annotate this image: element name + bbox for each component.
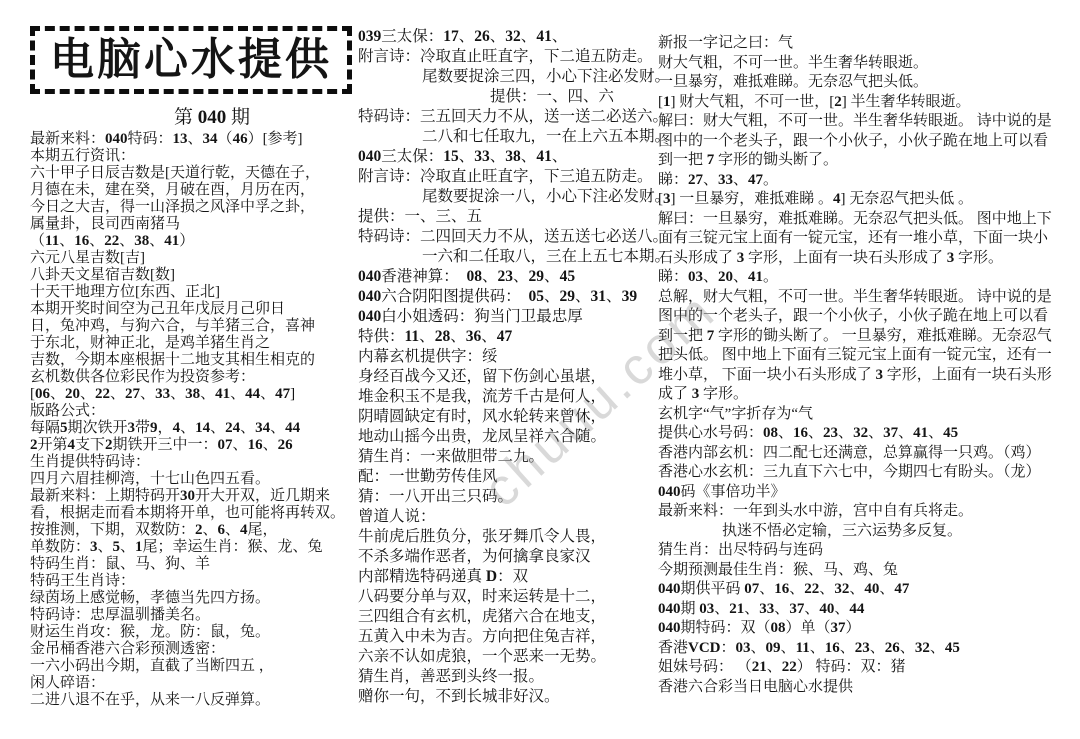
text-line: 财运生肖攻：猴，龙。防：鼠，兔。 (30, 624, 352, 641)
text-line: 040白小姐透码：狗当门卫最忠厚 (358, 307, 658, 327)
text-line: 面有三锭元宝上面有一锭元宝，还有一堆小草，下面一块小 (658, 229, 1080, 249)
text-line: 最新来料：上期特码开30开大开双，近几期来 (30, 488, 352, 505)
text-line: 财大气粗，不可一世。半生奢华转眼逝。 (658, 54, 1080, 74)
text-line: 一六和二任取八，三在上五七本期。 (358, 247, 658, 267)
text-line: 040期供平码 07、16、22、32、40、47 (658, 580, 1080, 600)
text-line: 绿茵场上感觉畅，孝德当先四方扬。 (30, 590, 352, 607)
text-line: 曾道人说： (358, 507, 658, 527)
text-line: 今日之大吉，得一山泽损之风泽中孚之卦， (30, 199, 352, 216)
text-line: 040码《事倍功半》 (658, 483, 1080, 503)
left-column: 电脑心水提供 第 040 期 最新来料：040特码：13、34（46）[参考]本… (30, 26, 352, 709)
text-line: 040三太保：15、33、38、41、 (358, 147, 658, 167)
text-line: 040期特码：双（08）单（37） (658, 619, 1080, 639)
issue-heading: 第 040 期 (72, 102, 352, 129)
text-line: 到一把 7 字形的锄头断了。 (658, 151, 1080, 171)
text-line: 六元八星吉数[吉] (30, 250, 352, 267)
text-line: 总解，财大气粗，不可一世。半生奢华转眼逝。 诗中说的是 (658, 288, 1080, 308)
text-line: 内部精选特码递真 D：双 (358, 567, 658, 587)
text-line: 最新来料：040特码：13、34（46）[参考] (30, 131, 352, 148)
text-line: 图中的一个老头子，跟一个小伙子，小伙子跪在地上可以看 (658, 307, 1080, 327)
text-line: 月德在未，建在癸，月破在酉，月历在丙， (30, 182, 352, 199)
text-line: 解曰：财大气粗，不可一世。半生奢华转眼逝。 诗中说的是 (658, 112, 1080, 132)
text-line: 香港VCD：03、09、11、16、23、26、32、45 (658, 639, 1080, 659)
text-line: 吉数，今期本座根据十二地支其相生相克的 (30, 352, 352, 369)
right-column: 新报一字记之曰：气财大气粗，不可一世。半生奢华转眼逝。一旦暴穷，难抵难睇。无奈忍… (658, 34, 1080, 697)
text-line: 040期 03、21、33、37、40、44 (658, 600, 1080, 620)
text-line: 提供：一、四、六 (358, 87, 658, 107)
text-line: 玄机字“气”字折存为“气 (658, 405, 1080, 425)
text-line: [06、20、22、27、33、38、41、44、47] (30, 386, 352, 403)
text-line: 尾数要捉涂一八，小心下注必发财。 (358, 187, 658, 207)
text-line: （11、16、22、38、41） (30, 233, 352, 250)
text-line: 一旦暴穷，难抵难睇。无奈忍气把头低。 (658, 73, 1080, 93)
text-line: 尾数要捉涂三四，小心下注必发财。 (358, 67, 658, 87)
text-line: 执迷不悟必定输，三六运势多反复。 (658, 522, 1080, 542)
text-line: [1] 财大气粗，不可一世，[2] 半生奢华转眼逝。 (658, 93, 1080, 113)
text-line: 本期五行资讯： (30, 148, 352, 165)
text-line: 图中的一个老头子，跟一个小伙子，小伙子跪在地上可以看 (658, 132, 1080, 152)
text-line: 睇：27、33、47。 (658, 171, 1080, 191)
text-line: 每隔5期次铁开3带9，4、14、24、34、44 (30, 420, 352, 437)
text-line: 地动山摇今出贵，龙凤呈祥六合随。 (358, 427, 658, 447)
text-line: 姐妹号码： （21、22） 特码：双：猪 (658, 658, 1080, 678)
text-line: 特码王生肖诗： (30, 573, 352, 590)
text-line: 于东北，财神正北，是鸡羊猪生肖之 (30, 335, 352, 352)
text-line: 把头低。 图中地上下面有三锭元宝上面有一锭元宝，还有一 (658, 346, 1080, 366)
text-line: 提供心水号码：08、16、23、32、37、41、45 (658, 424, 1080, 444)
text-line: 单数防：3、5、1尾；幸运生肖：猴、龙、兔 (30, 539, 352, 556)
text-line: 特码生肖：鼠、马、狗、羊 (30, 556, 352, 573)
text-line: 内幕玄机提供字：绥 (358, 347, 658, 367)
text-line: 本期开奖时间空为己丑年戊辰月己卯日 (30, 301, 352, 318)
text-line: 成了 3 字形。 (658, 385, 1080, 405)
page-title: 电脑心水提供 (50, 38, 332, 82)
text-line: 金吊桶香港六合彩预测透密： (30, 641, 352, 658)
text-line: 按推测，下期，双数防：2、6、4尾， (30, 522, 352, 539)
text-line: 今期预测最佳生肖：猴、马、鸡、兔 (658, 561, 1080, 581)
text-line: [3] 一旦暴穷，难抵难睇 。4] 无奈忍气把头低 。 (658, 190, 1080, 210)
text-line: 附言诗：冷取直止旺直字，下三追五防走。 (358, 167, 658, 187)
text-line: 香港内部玄机：四二配七还满意，总算赢得一只鸡。（鸡） (658, 444, 1080, 464)
middle-column: 039三太保：17、26、32、41、附言诗：冷取直止旺直字，下二追五防走。尾数… (358, 27, 658, 707)
text-line: 猜生肖，善恶到头终一报。 (358, 667, 658, 687)
text-line: 最新来料：一年到头水中游，宫中自有兵将走。 (658, 502, 1080, 522)
text-line: 2开第4支下2期铁开三中一：07、16、26 (30, 437, 352, 454)
text-line: 睇：03、20、41。 (658, 268, 1080, 288)
text-line: 040六合阴阳图提供码： 05、29、31、39 (358, 287, 658, 307)
text-line: 香港心水玄机：三九直下六七中，今期四七有盼头。（龙） (658, 463, 1080, 483)
text-line: 特码诗：忠厚温驯播美名。 (30, 607, 352, 624)
text-line: 香港六合彩当日电脑心水提供 (658, 678, 1080, 698)
text-line: 猜生肖：出尽特码与连码 (658, 541, 1080, 561)
text-line: 十天干地理方位[东西、正北] (30, 284, 352, 301)
text-line: 八卦天文星宿吉数[数] (30, 267, 352, 284)
text-line: 特码诗：二四回天力不从，送五送七必送八。 (358, 227, 658, 247)
text-line: 版路公式： (30, 403, 352, 420)
text-line: 配：一世勤劳传佳风 (358, 467, 658, 487)
text-line: 六亲不认如虎狼，一个恶来一无势。 (358, 647, 658, 667)
text-line: 六十甲子日辰吉数是[天道行乾，天德在子， (30, 165, 352, 182)
text-line: 玄机数供各位彩民作为投资参考： (30, 369, 352, 386)
text-line: 阴晴圆缺定有时，风水轮转来曾休， (358, 407, 658, 427)
text-line: 闲人碎语： (30, 675, 352, 692)
text-line: 堆金积玉不是我，流芳千古是何人， (358, 387, 658, 407)
text-line: 提供：一、三、五 (358, 207, 658, 227)
text-line: 040香港神算： 08、23、29、45 (358, 267, 658, 287)
text-line: 特码诗：三五回天力不从，送一送二必送六。 (358, 107, 658, 127)
text-line: 堆小草， 下面一块小石头形成了 3 字形，上面有一块石头形 (658, 366, 1080, 386)
text-line: 牛前虎后胜负分，张牙舞爪令人畏， (358, 527, 658, 547)
text-line: 八码要分单与双，时来运转是十二， (358, 587, 658, 607)
text-line: 三四组合有玄机，虎猪六合在地支， (358, 607, 658, 627)
text-line: 生肖提供特码诗： (30, 454, 352, 471)
text-line: 特供：11、28、36、47 (358, 327, 658, 347)
text-line: 039三太保：17、26、32、41、 (358, 27, 658, 47)
text-line: 身经百战今又还，留下伤剑心虽堪， (358, 367, 658, 387)
text-line: 二进八退不在乎，从来一八反弹算。 (30, 692, 352, 709)
page: 电脑心水提供 第 040 期 最新来料：040特码：13、34（46）[参考]本… (0, 0, 1080, 739)
text-line: 到一把 7 字形的锄头断了。 一旦暴穷，难抵难睇。无奈忍气 (658, 327, 1080, 347)
text-line: 五黄入中未为吉。方向把住兔吉祥， (358, 627, 658, 647)
text-line: 看，根据走而看本期将开单，也可能将再转双。 (30, 505, 352, 522)
text-line: 四月六眉挂柳湾，十七山色四五看。 (30, 471, 352, 488)
text-line: 新报一字记之曰：气 (658, 34, 1080, 54)
text-line: 二八和七任取九，一在上六五本期。 (358, 127, 658, 147)
text-line: 猜生肖：一来做胆带二九。 (358, 447, 658, 467)
left-column-text: 最新来料：040特码：13、34（46）[参考]本期五行资讯：六十甲子日辰吉数是… (30, 131, 352, 709)
text-line: 石头形成了 3 字形，上面有一块石头形成了 3 字形。 (658, 249, 1080, 269)
text-line: 一六小码出今期，直截了当断四五 ， (30, 658, 352, 675)
text-line: 解曰：一旦暴穷，难抵难睇。无奈忍气把头低。 图中地上下 (658, 210, 1080, 230)
text-line: 日，兔冲鸡，与狗六合，与羊猪三合，喜神 (30, 318, 352, 335)
text-line: 赠你一句，不到长城非好汉。 (358, 687, 658, 707)
text-line: 属量卦，艮司西南猪马 (30, 216, 352, 233)
masthead-title-box: 电脑心水提供 (30, 26, 352, 94)
text-line: 猜：一八开出三只码。 (358, 487, 658, 507)
text-line: 附言诗：冷取直止旺直字，下二追五防走。 (358, 47, 658, 67)
text-line: 不杀多端作恶者，为何擒拿良家汉 (358, 547, 658, 567)
